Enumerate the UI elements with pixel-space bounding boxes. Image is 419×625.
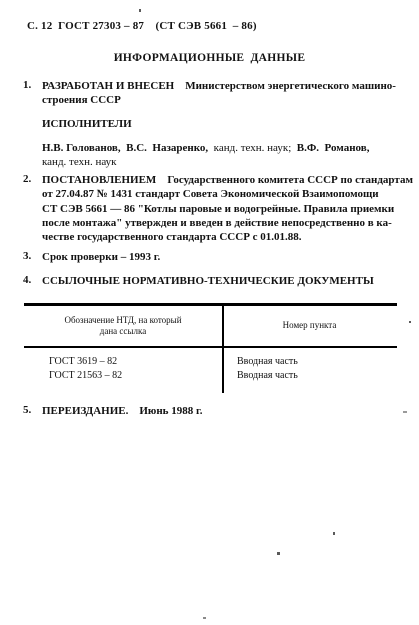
scan-speck xyxy=(203,617,206,619)
scan-speck xyxy=(333,532,335,535)
text-run: от 27.04.87 № 1431 стандарт Совета Эконо… xyxy=(42,188,379,200)
text-run: честве государственного стандарта СССР с… xyxy=(42,231,302,243)
text-run: РАЗРАБОТАН И ВНЕСЕН Министерством энерге… xyxy=(42,80,396,92)
text-line: строения СССР xyxy=(42,93,399,107)
table-cell: Вводная часть xyxy=(222,369,397,383)
text-line: ПОСТАНОВЛЕНИЕМ Государственного комитета… xyxy=(42,173,399,187)
item-number: 2. xyxy=(23,173,31,185)
table-header-row: Обозначение НТД, на который дана ссылка … xyxy=(24,303,397,348)
item-number: 4. xyxy=(23,274,31,286)
table-col1-header-line2: дана ссылка xyxy=(24,326,222,338)
text-run: В.Ф. Романов, xyxy=(297,142,370,154)
item-2: 2. ПОСТАНОВЛЕНИЕМ Государственного комит… xyxy=(23,173,399,244)
text-line: честве государственного стандарта СССР с… xyxy=(42,230,399,244)
text-line: после монтажа" утвержден и введен в дейс… xyxy=(42,216,399,230)
item-text: ССЫЛОЧНЫЕ НОРМАТИВНО-ТЕХНИЧЕСКИЕ ДОКУМЕН… xyxy=(42,274,399,288)
text-line: канд. техн. наук xyxy=(42,155,399,169)
text-run: СТ СЭВ 5661 — 86 "Котлы паровые и водогр… xyxy=(42,203,394,215)
item-body: РАЗРАБОТАН И ВНЕСЕН Министерством энерге… xyxy=(42,79,399,108)
text-line: СТ СЭВ 5661 — 86 "Котлы паровые и водогр… xyxy=(42,202,399,216)
text-line: РАЗРАБОТАН И ВНЕСЕН Министерством энерге… xyxy=(42,79,399,93)
scan-speck xyxy=(409,321,411,323)
text-run: канд. техн. наук; xyxy=(208,142,297,154)
item-number: 1. xyxy=(23,79,31,91)
document-page: С. 12 ГОСТ 27303 – 87 (СТ СЭВ 5661 – 86)… xyxy=(0,0,419,625)
table-row: ГОСТ 3619 – 82Вводная часть xyxy=(24,355,397,369)
item-body: ПОСТАНОВЛЕНИЕМ Государственного комитета… xyxy=(42,173,399,244)
table-col2-header: Номер пункта xyxy=(222,320,397,332)
text-run: строения СССР xyxy=(42,94,121,106)
text-run: после монтажа" утвержден и введен в дейс… xyxy=(42,217,392,229)
executors-heading: ИСПОЛНИТЕЛИ xyxy=(42,118,132,130)
table-body: ГОСТ 3619 – 82Вводная частьГОСТ 21563 – … xyxy=(24,348,397,382)
scan-speck xyxy=(139,9,141,12)
text-line: от 27.04.87 № 1431 стандарт Совета Эконо… xyxy=(42,187,399,201)
item-3: 3. Срок проверки – 1993 г. xyxy=(23,250,399,264)
table-column-divider xyxy=(222,303,224,393)
scan-speck xyxy=(403,411,407,413)
text-run: Н.В. Голованов, В.С. Назаренко, xyxy=(42,142,208,154)
table-row: ГОСТ 21563 – 82Вводная часть xyxy=(24,369,397,383)
item-text: ПЕРЕИЗДАНИЕ. Июнь 1988 г. xyxy=(42,404,399,418)
references-table: Обозначение НТД, на который дана ссылка … xyxy=(24,303,397,393)
doc-title: ИНФОРМАЦИОННЫЕ ДАННЫЕ xyxy=(0,52,419,64)
item-4: 4. ССЫЛОЧНЫЕ НОРМАТИВНО-ТЕХНИЧЕСКИЕ ДОКУ… xyxy=(23,274,399,288)
item-number: 5. xyxy=(23,404,31,416)
item-1: 1. РАЗРАБОТАН И ВНЕСЕН Министерством эне… xyxy=(23,79,399,108)
text-run: канд. техн. наук xyxy=(42,156,117,168)
text-line: Н.В. Голованов, В.С. Назаренко, канд. те… xyxy=(42,141,399,155)
item-text: Срок проверки – 1993 г. xyxy=(42,250,399,264)
item-body: Н.В. Голованов, В.С. Назаренко, канд. те… xyxy=(42,141,399,170)
item-5: 5. ПЕРЕИЗДАНИЕ. Июнь 1988 г. xyxy=(23,404,399,418)
scan-speck xyxy=(277,552,280,555)
table-cell: ГОСТ 3619 – 82 xyxy=(24,355,222,369)
executors-paragraph: Н.В. Голованов, В.С. Назаренко, канд. те… xyxy=(23,141,399,170)
page-header: С. 12 ГОСТ 27303 – 87 (СТ СЭВ 5661 – 86) xyxy=(27,20,257,32)
table-cell: ГОСТ 21563 – 82 xyxy=(24,369,222,383)
item-number: 3. xyxy=(23,250,31,262)
table-col1-header: Обозначение НТД, на который дана ссылка xyxy=(24,315,222,338)
text-run: ПОСТАНОВЛЕНИЕМ Государственного комитета… xyxy=(42,174,413,186)
table-col1-header-line1: Обозначение НТД, на который xyxy=(24,315,222,327)
table-cell: Вводная часть xyxy=(222,355,397,369)
